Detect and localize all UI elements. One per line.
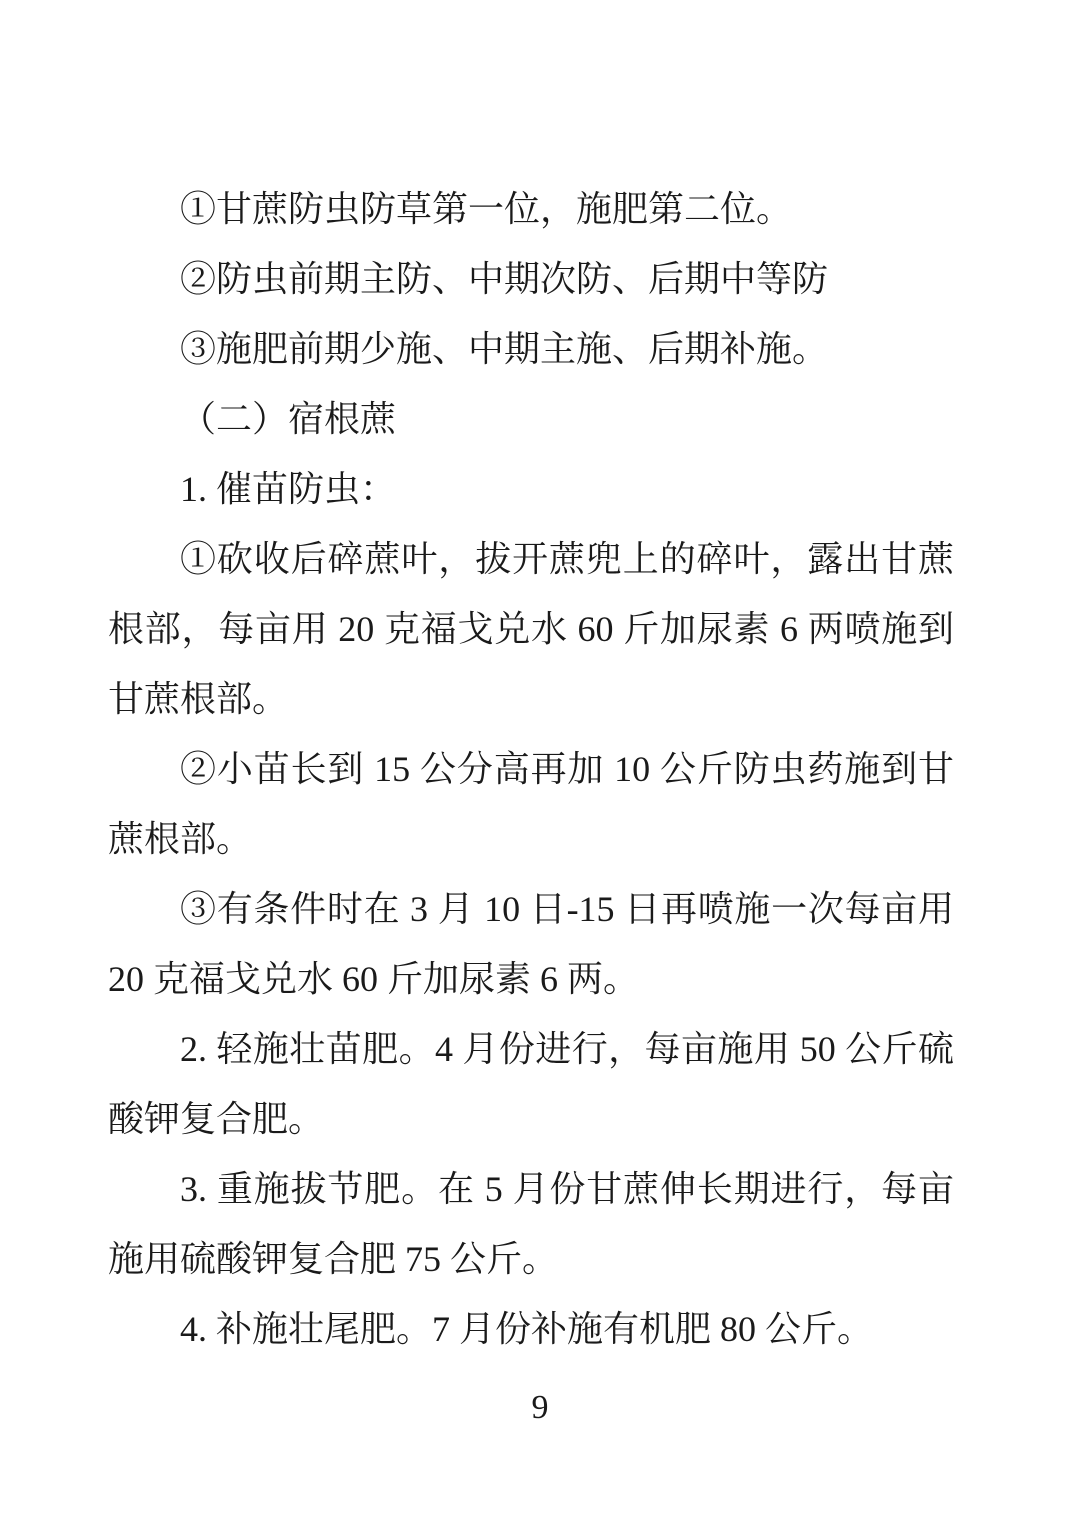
text-line: 甘蔗根部。 bbox=[108, 664, 954, 734]
document-body: ①甘蔗防虫防草第一位，施肥第二位。②防虫前期主防、中期次防、后期中等防③施肥前期… bbox=[108, 174, 954, 1364]
text-line: ①甘蔗防虫防草第一位，施肥第二位。 bbox=[108, 174, 954, 244]
text-line: ③有条件时在 3 月 10 日-15 日再喷施一次每亩用 bbox=[108, 874, 954, 944]
document-page: ①甘蔗防虫防草第一位，施肥第二位。②防虫前期主防、中期次防、后期中等防③施肥前期… bbox=[0, 0, 1080, 1533]
text-line: 4. 补施壮尾肥。7 月份补施有机肥 80 公斤。 bbox=[108, 1294, 954, 1364]
text-line: 施用硫酸钾复合肥 75 公斤。 bbox=[108, 1224, 954, 1294]
page-number: 9 bbox=[0, 1388, 1080, 1428]
text-line: 3. 重施拔节肥。在 5 月份甘蔗伸长期进行，每亩 bbox=[108, 1154, 954, 1224]
text-line: 2. 轻施壮苗肥。4 月份进行，每亩施用 50 公斤硫 bbox=[108, 1014, 954, 1084]
text-line: ①砍收后碎蔗叶，拔开蔗兜上的碎叶，露出甘蔗 bbox=[108, 524, 954, 594]
text-line: 根部，每亩用 20 克福戈兑水 60 斤加尿素 6 两喷施到 bbox=[108, 594, 954, 664]
text-line: 蔗根部。 bbox=[108, 804, 954, 874]
text-line: ②防虫前期主防、中期次防、后期中等防 bbox=[108, 244, 954, 314]
text-line: ③施肥前期少施、中期主施、后期补施。 bbox=[108, 314, 954, 384]
text-line: 酸钾复合肥。 bbox=[108, 1084, 954, 1154]
text-line: 20 克福戈兑水 60 斤加尿素 6 两。 bbox=[108, 944, 954, 1014]
text-line: （二）宿根蔗 bbox=[108, 384, 954, 454]
text-line: 1. 催苗防虫： bbox=[108, 454, 954, 524]
text-line: ②小苗长到 15 公分高再加 10 公斤防虫药施到甘 bbox=[108, 734, 954, 804]
